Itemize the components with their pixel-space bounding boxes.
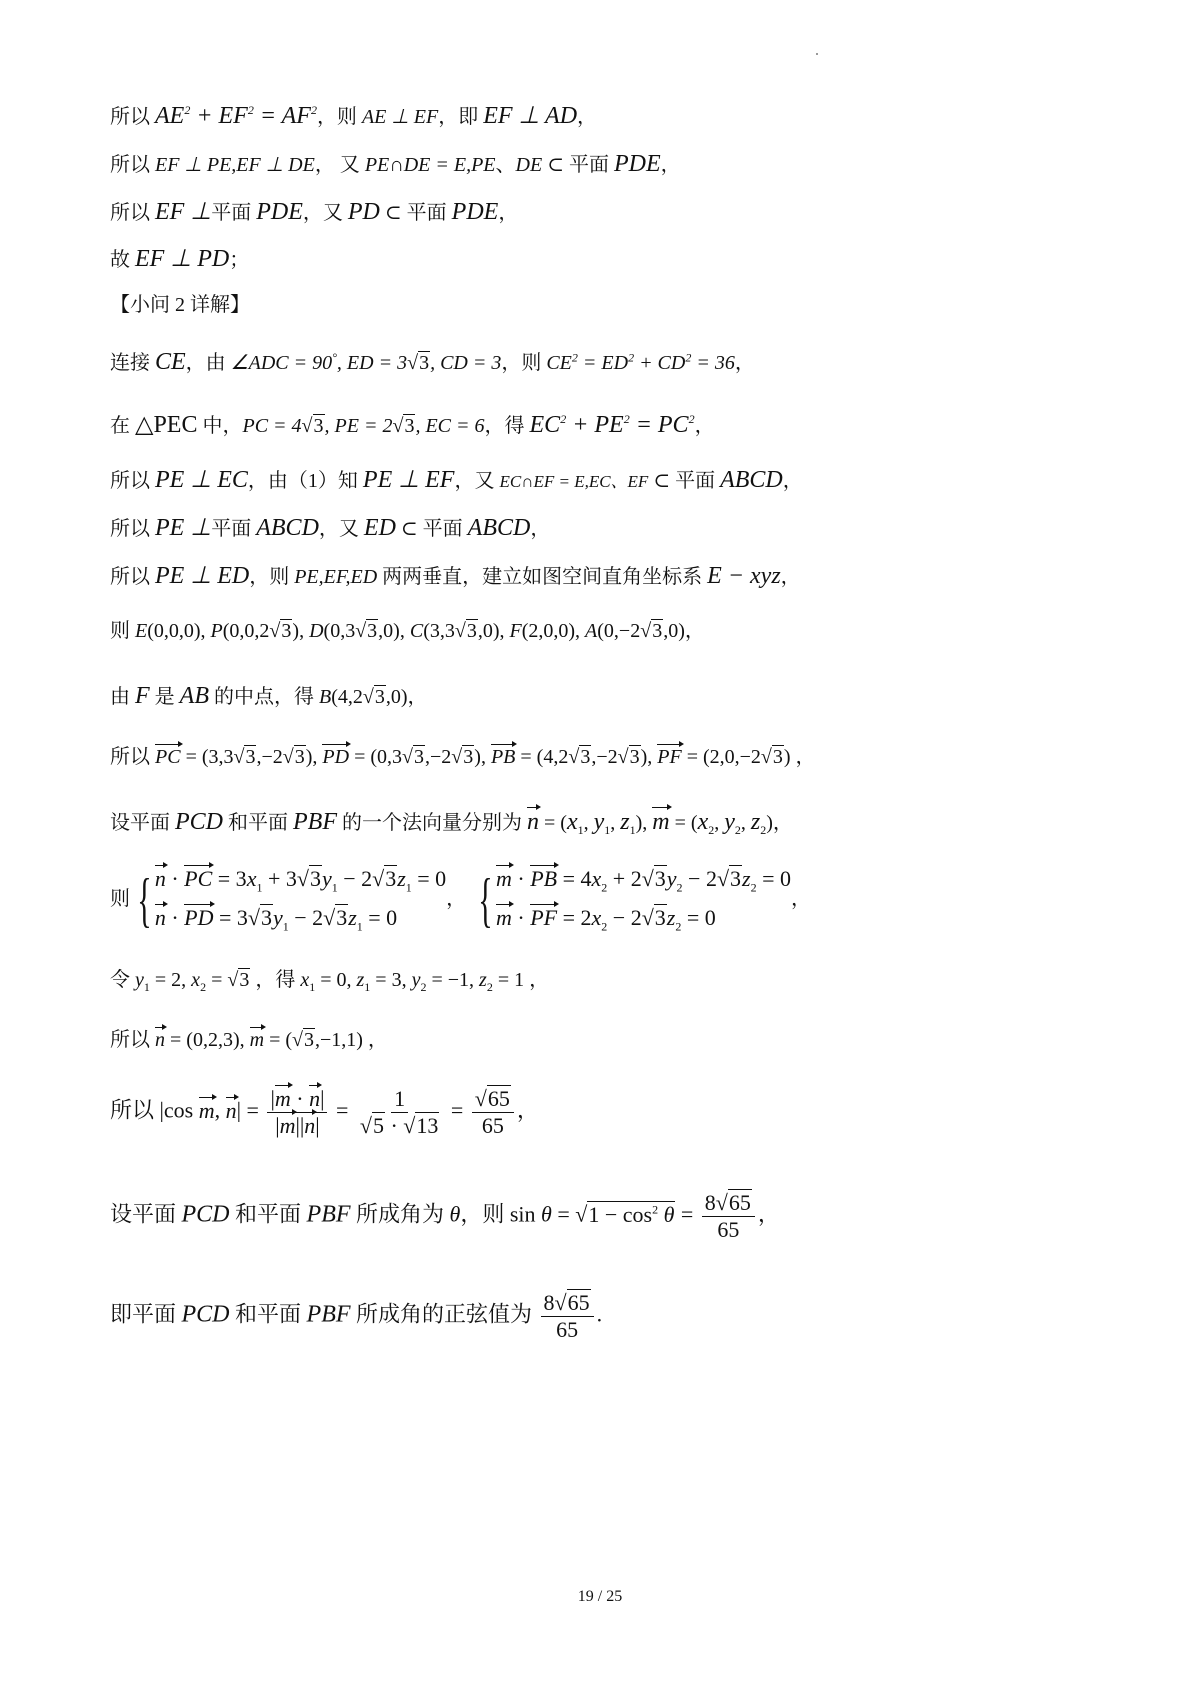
equation-systems: 则{ n · PC = 3x1 + 3√3y1 − 2√3z1 = 0 n · … bbox=[110, 868, 811, 933]
proof-line-16: 所以 n = (0,2,3), m = (√3,−1,1) ， bbox=[110, 1030, 388, 1050]
sine-formula: 设平面 PCD 和平面 PBF 所成角为 θ，则 sin θ = √1 − co… bbox=[110, 1192, 780, 1241]
proof-line-12-vectors: 所以 PC = (3,3√3,−2√3), PD = (0,3√3,−2√3),… bbox=[110, 747, 816, 767]
proof-line-2: 所以 EF ⊥ PE,EF ⊥ DE， 又 PE∩DE = E,PE、DE ⊂ … bbox=[110, 152, 681, 176]
page-number: 19 / 25 bbox=[0, 1588, 1200, 1606]
proof-line-3: 所以 EF ⊥平面 PDE，又 PD ⊂ 平面 PDE， bbox=[110, 200, 518, 224]
cosine-formula: 所以 |cos m, n| = |m · n||m||n| = 1√5 · √1… bbox=[110, 1088, 539, 1137]
proof-line-7: 所以 PE ⊥ EC，由（1）知 PE ⊥ EF，又 EC∩EF = E,EC、… bbox=[110, 468, 803, 492]
section-heading-part-2: 【小问 2 详解】 bbox=[110, 295, 250, 315]
proof-line-13-normals: 设平面 PCD 和平面 PBF 的一个法向量分别为 n = (x1, y1, z… bbox=[110, 810, 793, 836]
proof-line-9: 所以 PE ⊥ ED，则 PE,EF,ED 两两垂直，建立如图空间直角坐标系 E… bbox=[110, 564, 801, 588]
proof-line-4: 故 EF ⊥ PD； bbox=[110, 247, 249, 271]
proof-line-11: 由 F 是 AB 的中点，得 B(4,2√3,0)， bbox=[110, 684, 428, 708]
system-plane-pbf: { m · PB = 4x2 + 2√3y2 − 2√3z2 = 0 m · P… bbox=[471, 868, 791, 933]
proof-line-10-coordinates: 则 E(0,0,0), P(0,0,2√3), D(0,3√3,0), C(3,… bbox=[110, 621, 705, 641]
proof-line-5: 连接 CE，由 ∠ADC = 90°, ED = 3√3, CD = 3，则 C… bbox=[110, 350, 755, 374]
final-answer: 即平面 PCD 和平面 PBF 所成角的正弦值为 8√6565. bbox=[110, 1292, 602, 1341]
scan-artifact-dot bbox=[816, 53, 818, 55]
proof-line-1: 所以 AE2 + EF2 = AF2，则 AE ⊥ EF，即 EF ⊥ AD， bbox=[110, 104, 597, 128]
proof-line-15: 令 y1 = 2, x2 = √3 ，得 x1 = 0, z1 = 3, y2 … bbox=[110, 970, 549, 993]
proof-line-8: 所以 PE ⊥平面 ABCD，又 ED ⊂ 平面 ABCD， bbox=[110, 516, 550, 540]
system-plane-pcd: { n · PC = 3x1 + 3√3y1 − 2√3z1 = 0 n · P… bbox=[130, 868, 446, 933]
proof-line-6: 在 △PEC 中，PC = 4√3, PE = 2√3, EC = 6，得 EC… bbox=[110, 413, 715, 437]
